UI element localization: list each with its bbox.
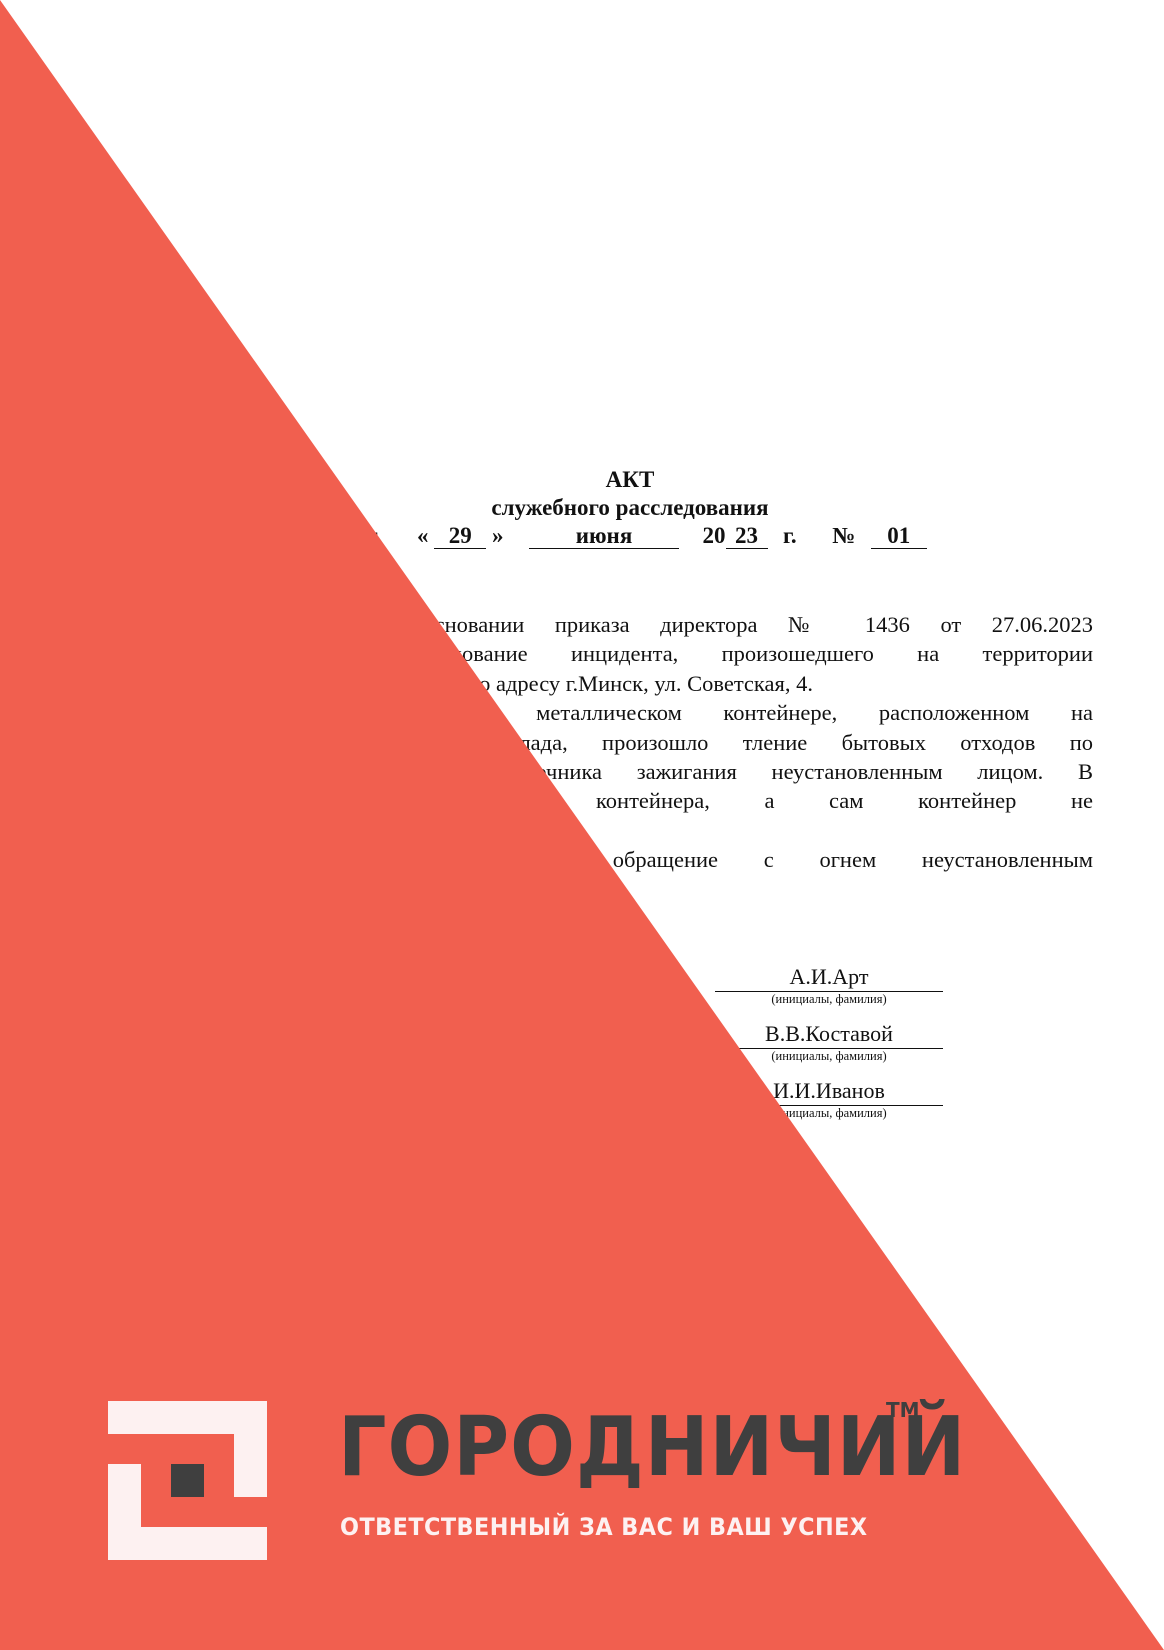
body-line: прилегающей части территории склада, про… [100, 728, 1093, 757]
signature-hint: (инициалы, фамилия) [715, 1106, 943, 1121]
signature-name: В.В.Коставой [715, 1021, 943, 1049]
date-year-suffix: 23 [726, 524, 768, 549]
body-line: проведено служебное расследование инциде… [100, 639, 1093, 668]
brand-tagline: ОТВЕТСТВЕННЫЙ ЗА ВАС И ВАШ УСПЕХ [340, 1512, 868, 1542]
date-year-prefix: 20 [703, 522, 726, 550]
brand-logo-mark-icon [108, 1401, 267, 1560]
date-number-line: от « 29 » июня 2023 г. № 01 [355, 522, 927, 550]
document-title: АКТ [0, 466, 1164, 494]
signature-1: А.И.Арт (инициалы, фамилия) [715, 964, 943, 1007]
brand-name: ГОРОДНИЧИЙ [338, 1403, 966, 1493]
document-body: Комиссией, созданной на основании приказ… [100, 610, 1093, 904]
quote-close: » [492, 522, 504, 550]
body-line: причине внесения постороннего источника … [100, 757, 1093, 786]
document-subtitle: служебного расследования [0, 494, 1164, 522]
quote-open: « [417, 522, 429, 550]
body-line: лицом. [100, 875, 1093, 904]
signature-hint: (инициалы, фамилия) [715, 1049, 943, 1064]
body-line: результате повреждено содержимое контейн… [100, 786, 1093, 815]
date-day: 29 [434, 524, 486, 549]
signature-name: А.И.Арт [715, 964, 943, 992]
body-line: Обстоятельства инцидента - в металлическ… [100, 698, 1093, 727]
date-prefix: от [355, 522, 378, 550]
date-month: июня [529, 524, 679, 549]
document-number: 01 [871, 524, 927, 549]
trademark-symbol: TM [886, 1398, 920, 1422]
body-line: Причина инцидента - неосторожное обращен… [100, 845, 1093, 874]
body-line: склада, расположенного по адресу г.Минск… [100, 669, 1093, 698]
signature-name: И.И.Иванов [715, 1078, 943, 1106]
signature-hint: (инициалы, фамилия) [715, 992, 943, 1007]
number-sign: № [832, 522, 855, 550]
date-year-unit: г. [783, 522, 797, 550]
body-line: пострадал. [100, 816, 1093, 845]
body-line: Комиссией, созданной на основании приказ… [100, 610, 1093, 639]
signature-2: В.В.Коставой (инициалы, фамилия) [715, 1021, 943, 1064]
signature-3: И.И.Иванов (инициалы, фамилия) [715, 1078, 943, 1121]
